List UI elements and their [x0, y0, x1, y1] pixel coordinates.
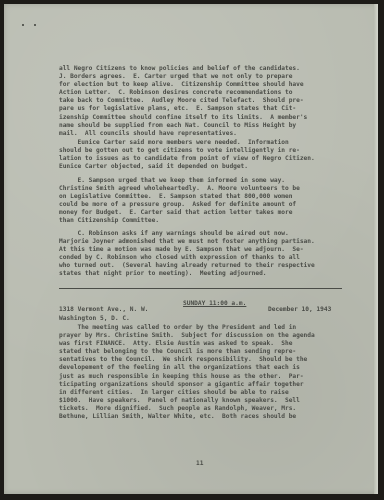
meeting-heading: SUNDAY 11:00 a.m. — [183, 300, 246, 307]
document-page: all Negro Citizens to know policies and … — [4, 4, 378, 494]
paragraph-eunice-carter: Eunice Carter said more members were nee… — [59, 139, 369, 171]
scan-specks — [22, 24, 42, 28]
paragraph-adjournment: C. Robinson asks if any warnings should … — [59, 230, 369, 279]
paragraph-sampson: E. Sampson urged that we keep them infor… — [59, 177, 369, 226]
section-divider — [59, 288, 342, 289]
paragraph-finance: The meeting was called to order by the P… — [59, 324, 369, 421]
meeting-date: December 10, 1943 — [268, 306, 331, 313]
paragraph-candidates: all Negro Citizens to know policies and … — [59, 65, 369, 138]
meeting-address: 1318 Vermont Ave., N. W. Washington 5, D… — [59, 306, 148, 323]
page-edge — [374, 4, 378, 494]
page-number: 11 — [196, 460, 203, 467]
